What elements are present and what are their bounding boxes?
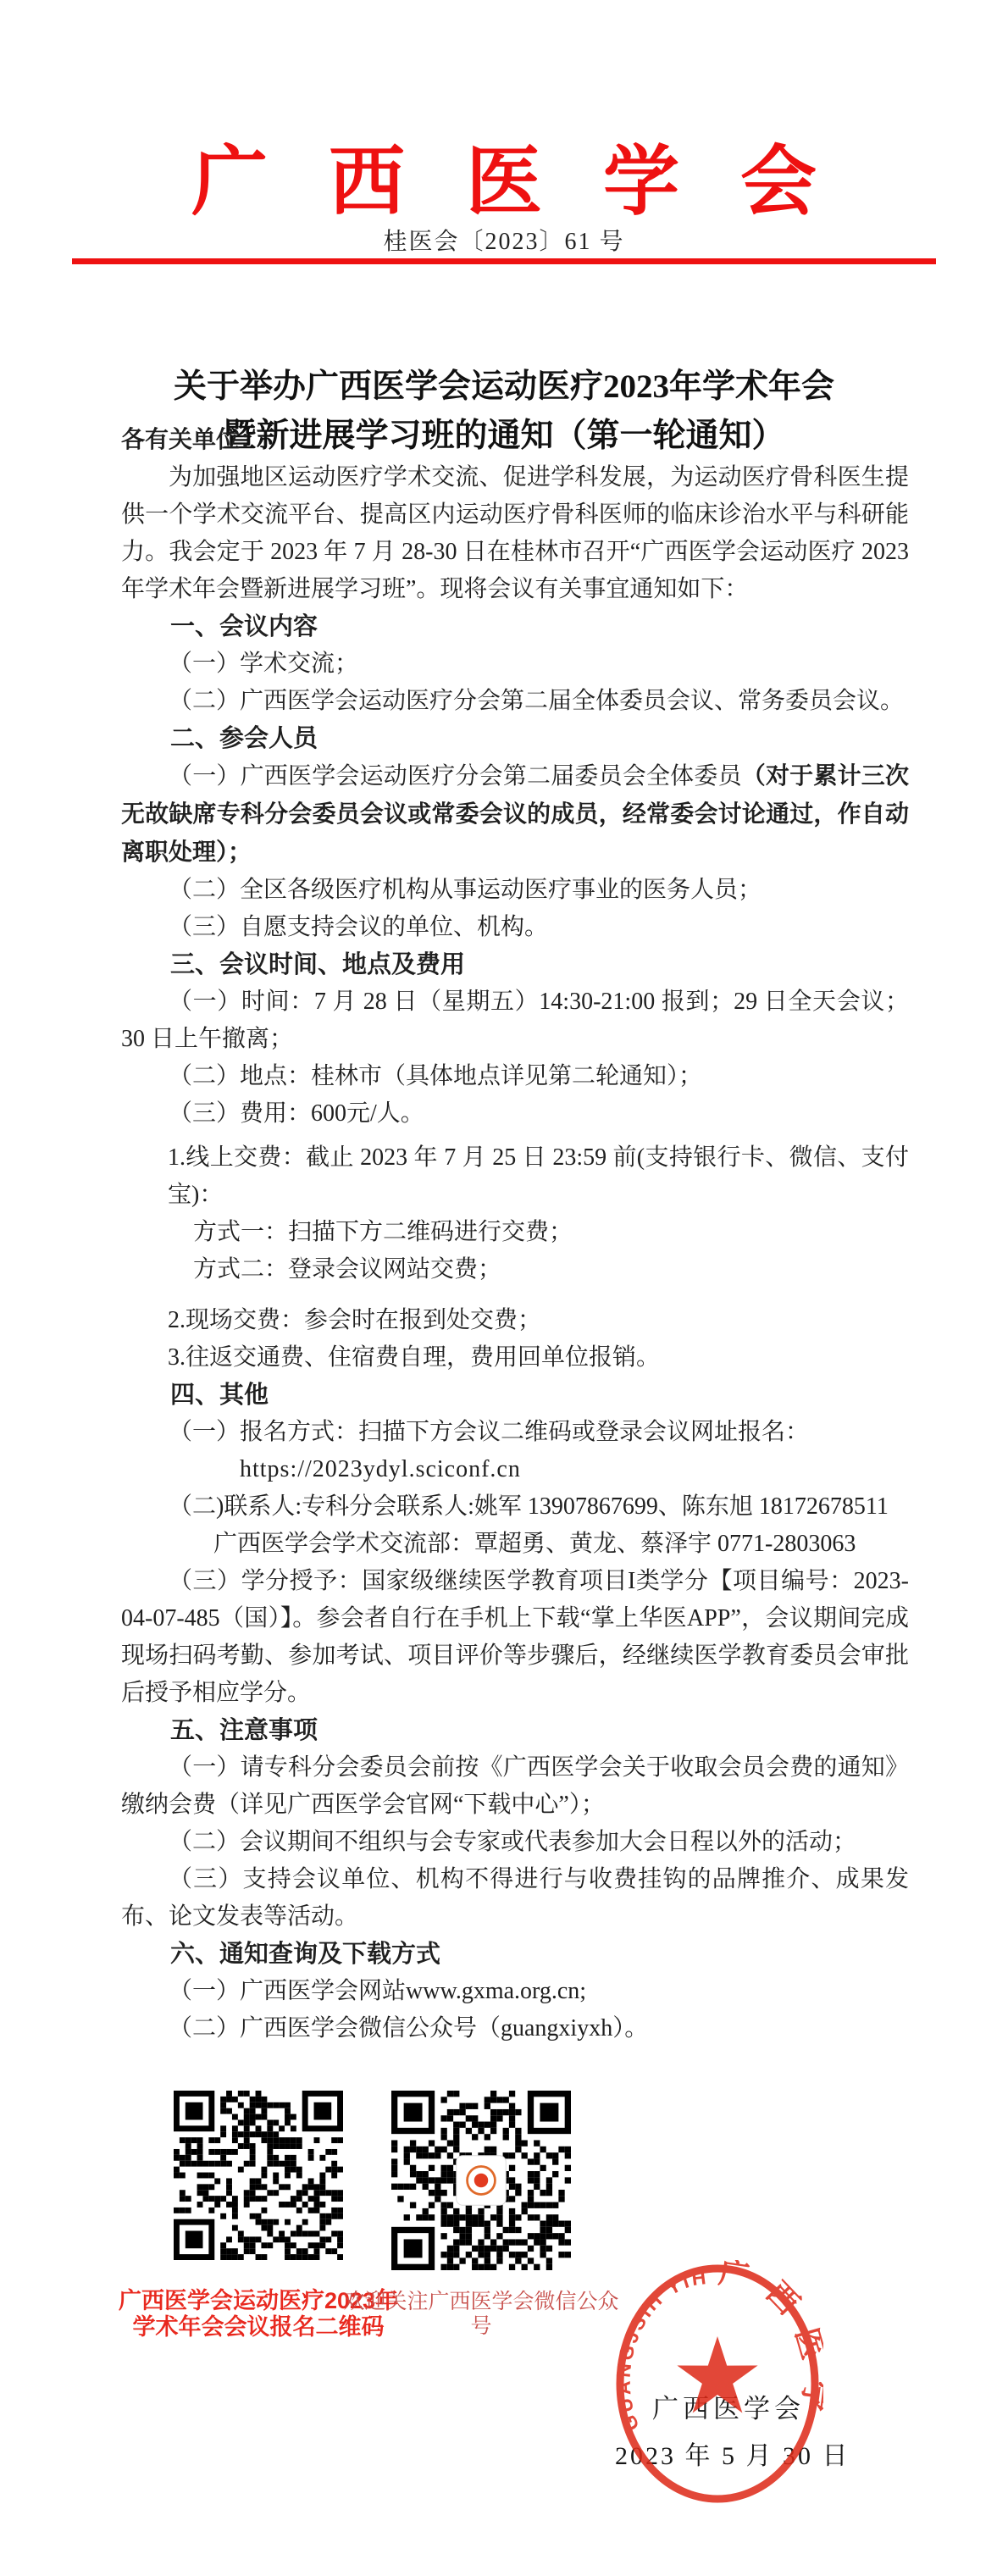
body-paragraph: （三）学分授予：国家级继续医学教育项目I类学分【项目编号：2023-04-07-… [121,1563,909,1712]
body-paragraph: （一）广西医学会网站www.gxma.org.cn; [121,1973,909,2010]
doc-number: 桂医会〔2023〕61 号 [0,223,1008,257]
body-paragraph: 方式二：登录会议网站交费； [193,1251,909,1288]
body-paragraph: （一）请专科分会委员会前按《广西医学会关于收取会员会费的通知》缴纳会费（详见广西… [121,1749,909,1824]
body-paragraph: 各有关单位： [121,422,909,459]
body-paragraph: （二）全区各级医疗机构从事运动医疗事业的医务人员； [121,872,909,909]
body-paragraph: （三）支持会议单位、机构不得进行与收费挂钩的品牌推介、成果发布、论文发表等活动。 [121,1861,909,1936]
section-heading: 四、其他 [121,1377,909,1414]
section-heading: 二、参会人员 [121,720,909,757]
body-paragraph: （三）费用：600元/人。 [121,1095,909,1133]
body-paragraph: 为加强地区运动医疗学术交流、促进学科发展，为运动医疗骨科医生提供一个学术交流平台… [121,459,909,608]
body-paragraph: 2.现场交费：参会时在报到处交费； [168,1302,909,1339]
section-heading: 五、注意事项 [121,1712,909,1749]
body-paragraph: （三）自愿支持会议的单位、机构。 [121,909,909,946]
body-paragraph: （二）会议期间不组织与会专家或代表参加大会日程以外的活动； [121,1824,909,1861]
registration-qr-code [174,2091,343,2260]
body-paragraph: （二）地点：桂林市（具体地点详见第二轮通知）； [121,1058,909,1095]
body-paragraph: https://2023ydyl.sciconf.cn [240,1451,909,1488]
body-paragraph: （一）学术交流； [121,645,909,683]
body-paragraph: 方式一：扫描下方二维码进行交费； [193,1214,909,1251]
section-heading: 一、会议内容 [121,608,909,645]
section-heading: 六、通知查询及下载方式 [121,1936,909,1973]
wechat-qr-code [391,2091,571,2270]
body-paragraph: 广西医学会学术交流部：覃超勇、黄龙、蔡泽宇 0771-2803063 [213,1526,909,1563]
body-paragraph: （二）广西医学会运动医疗分会第二届全体委员会议、常务委员会议。 [121,683,909,720]
doc-title-line-1: 关于举办广西医学会运动医疗2023年学术年会 [0,363,1008,412]
wechat-qr-caption: 欢迎关注广西医学会微信公众号 [337,2290,625,2339]
wechat-qr-block: 欢迎关注广西医学会微信公众号 [337,2091,625,2339]
body-paragraph: 1.线上交费：截止 2023 年 7 月 25 日 23:59 前(支持银行卡、… [168,1139,909,1214]
body-paragraph: （二)联系人:专科分会联系人:姚军 13907867699、陈东旭 181726… [121,1488,909,1526]
seal-star-icon [677,2336,757,2413]
org-title: 广西医学会 [0,142,1008,224]
body-paragraph: （二）广西医学会微信公众号（guangxiyxh）。 [121,2010,909,2047]
body-paragraph: （一）报名方式：扫描下方会议二维码或登录会议网址报名： [121,1414,909,1451]
official-seal: GUANGJSIH YIH YOZVEI 广 西 医 学 会 [612,2260,823,2507]
body-text: 各有关单位：为加强地区运动医疗学术交流、促进学科发展，为运动医疗骨科医生提供一个… [121,422,909,2047]
body-paragraph: （一）广西医学会运动医疗分会第二届委员会全体委员（对于累计三次无故缺席专科分会委… [121,757,909,872]
body-paragraph: （一）时间：7 月 28 日（星期五）14:30-21:00 报到；29 日全天… [121,983,909,1058]
section-heading: 三、会议时间、地点及费用 [121,946,909,983]
red-divider-rule [72,258,936,264]
body-paragraph: 3.往返交通费、住宿费自理，费用回单位报销。 [168,1339,909,1377]
document-page: 广西医学会 桂医会〔2023〕61 号 关于举办广西医学会运动医疗2023年学术… [0,0,1008,2576]
